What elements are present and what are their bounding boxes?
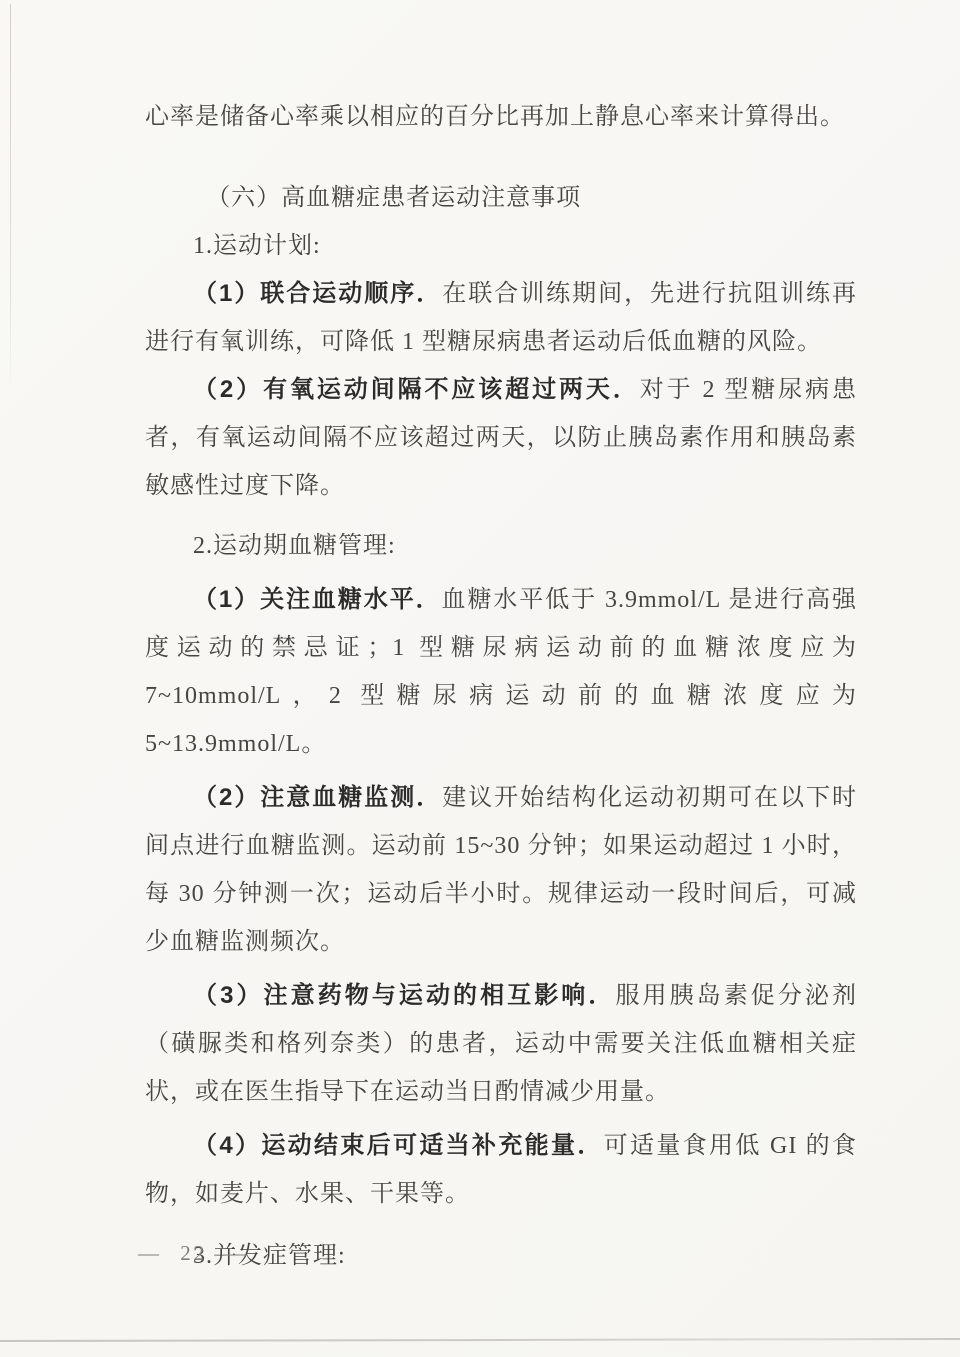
paragraph-bold-lead: （2）注意血糖监测． <box>193 784 442 811</box>
paragraph-bold-lead: （1）关注血糖水平． <box>193 586 442 613</box>
paragraph-bold-lead: （3）注意药物与运动的相互影响． <box>193 982 615 1009</box>
page-number: — 22 — <box>138 1240 250 1266</box>
scanned-document-page: 心率是储备心率乘以相应的百分比再加上静息心率来计算得出。 （六）高血糖症患者运动… <box>0 0 960 1357</box>
paragraph-glucose-monitoring: （2）注意血糖监测．建议开始结构化运动初期可在以下时间点进行血糖监测。运动前 1… <box>145 774 857 966</box>
scan-edge-bottom-line <box>0 1338 960 1342</box>
paragraph-continuation-line: 心率是储备心率乘以相应的百分比再加上静息心率来计算得出。 <box>145 93 857 141</box>
paragraph-energy-replenishment: （4）运动结束后可适当补充能量．可适量食用低 GI 的食物，如麦片、水果、干果等… <box>145 1122 857 1218</box>
subsection-heading-glucose-management: 2.运动期血糖管理: <box>145 522 857 570</box>
paragraph-bold-lead: （2）有氧运动间隔不应该超过两天． <box>193 376 640 403</box>
subsection-heading-complication-management: 3.并发症管理: <box>145 1232 857 1280</box>
paragraph-bold-lead: （1）联合运动顺序． <box>193 280 442 307</box>
paragraph-drug-exercise-interaction: （3）注意药物与运动的相互影响．服用胰岛素促分泌剂（磺脲类和格列奈类）的患者，运… <box>145 972 857 1116</box>
paragraph-combined-exercise-order: （1）联合运动顺序．在联合训练期间，先进行抗阻训练再进行有氧训练，可降低 1 型… <box>145 270 857 366</box>
paragraph-aerobic-interval: （2）有氧运动间隔不应该超过两天．对于 2 型糖尿病患者，有氧运动间隔不应该超过… <box>145 366 857 510</box>
paragraph-bold-lead: （4）运动结束后可适当补充能量． <box>193 1132 604 1159</box>
scan-edge-left-line <box>10 4 11 392</box>
section-heading: （六）高血糖症患者运动注意事项 <box>145 174 857 222</box>
document-text-block: 心率是储备心率乘以相应的百分比再加上静息心率来计算得出。 （六）高血糖症患者运动… <box>145 93 857 1280</box>
subsection-heading-exercise-plan: 1.运动计划: <box>145 222 857 270</box>
paragraph-glucose-level: （1）关注血糖水平．血糖水平低于 3.9mmol/L 是进行高强度运动的禁忌证；… <box>145 576 857 768</box>
